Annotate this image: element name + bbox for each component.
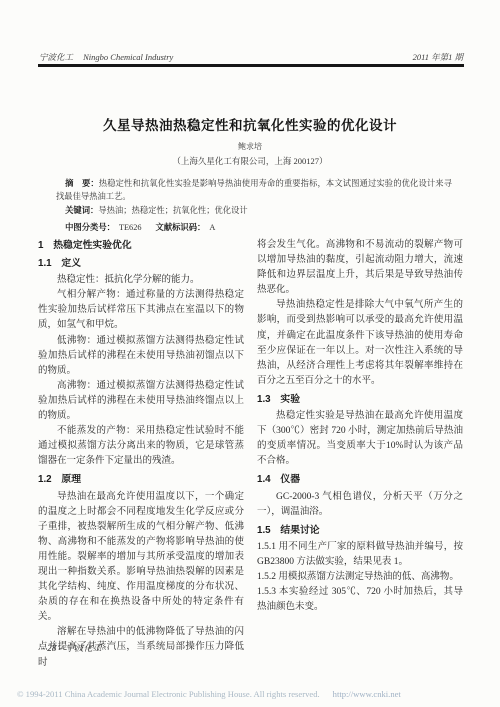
author-name: 鲍求培 (0, 141, 500, 152)
section-1-1-heading: 1.1 定义 (38, 256, 244, 271)
keywords-label: 关键词： (65, 205, 98, 215)
left-column: 1 热稳定性实验优化 1.1 定义 热稳定性：抵抗化学分解的能力。 气相分解产物… (38, 238, 244, 671)
paragraph: 热稳定性：抵抗化学分解的能力。 (38, 273, 244, 288)
section-1-heading: 1 热稳定性实验优化 (38, 238, 244, 253)
paragraph: 低沸物：通过模拟蒸馏方法测得热稳定性试验加热后试样的沸程在未使用导热油初馏点以下… (38, 334, 244, 379)
page-footer: - 28 -宁波化工 (42, 641, 102, 654)
classification-line: 中图分类号：TE626文献标识码：A (56, 221, 452, 235)
cnki-watermark: © 1994-2011 China Academic Journal Elect… (17, 689, 494, 699)
journal-name: 宁波化工 Ningbo Chemical Industry (39, 51, 173, 63)
header-rule (38, 64, 464, 67)
journal-name-cn: 宁波化工 (39, 52, 73, 62)
clc-label: 中图分类号： (65, 222, 115, 232)
copyright-text: © 1994-2011 China Academic Journal Elect… (17, 689, 320, 699)
paragraph: 导热油热稳定性是排除大气中氧气所产生的影响，而受到热影响可以承受的最高允许使用温… (257, 298, 463, 389)
author-affiliation: （上海久星化工有限公司，上海 200127） (0, 155, 500, 167)
keywords-text: 导热油；热稳定性；抗氧化性；优化设计 (98, 206, 247, 215)
numbered-item: 1.5.3 本实验经过 305℃、720 小时加热后，其导热油颜色未变。 (257, 585, 463, 615)
keywords: 关键词：导热油；热稳定性；抗氧化性；优化设计 (56, 204, 452, 218)
abstract-label: 摘 要： (65, 178, 99, 188)
journal-page: 宁波化工 Ningbo Chemical Industry 2011 年第1 期… (0, 0, 500, 707)
journal-name-en: Ningbo Chemical Industry (83, 52, 173, 62)
right-column: 将会发生气化。高沸物和不易流动的裂解产物可以增加导热油的黏度，引起流动阻力增大，… (257, 238, 463, 671)
paragraph-continuation: 将会发生气化。高沸物和不易流动的裂解产物可以增加导热油的黏度，引起流动阻力增大，… (257, 238, 463, 298)
section-1-4-heading: 1.4 仪器 (257, 472, 463, 487)
clc-value: TE626 (119, 223, 142, 232)
issue-info: 2011 年第1 期 (413, 51, 463, 63)
doc-code-value: A (209, 223, 215, 232)
page-number: - 28 - (42, 643, 62, 653)
article-meta: 摘 要：热稳定性和抗氧化性实验是影响导热油使用寿命的重要指标，本文试图通过实验的… (56, 177, 452, 234)
abstract: 摘 要：热稳定性和抗氧化性实验是影响导热油使用寿命的重要指标，本文试图通过实验的… (56, 177, 452, 203)
body-columns: 1 热稳定性实验优化 1.1 定义 热稳定性：抵抗化学分解的能力。 气相分解产物… (38, 238, 463, 671)
paragraph: 不能蒸发的产物：采用热稳定性试验时不能通过模拟蒸馏方法分离出来的物质，它是球管蒸… (38, 424, 244, 469)
running-head: 宁波化工 Ningbo Chemical Industry 2011 年第1 期 (39, 51, 463, 63)
cnki-url: http://www.cnki.net (333, 689, 401, 699)
section-1-5-heading: 1.5 结果讨论 (257, 523, 463, 538)
numbered-item: 1.5.1 用不同生产厂家的原料做导热油并编号，按 GB23800 方法做实验，… (257, 540, 463, 570)
abstract-text: 热稳定性和抗氧化性实验是影响导热油使用寿命的重要指标，本文试图通过实验的优化设计… (56, 179, 452, 201)
paragraph: 气相分解产物：通过称量的方法测得热稳定性实验加热后试样常压下其沸点在室温以下的物… (38, 288, 244, 333)
article-title: 久星导热油热稳定性和抗氧化性实验的优化设计 (0, 114, 500, 134)
section-1-2-heading: 1.2 原理 (38, 472, 244, 487)
paragraph: 导热油在最高允许使用温度以下，一个确定的温度之上时都会不同程度地发生化学反应或分… (38, 490, 244, 626)
paragraph: 高沸物：通过模拟蒸馏方法测得热稳定性试验加热后试样的沸程在未使用导热油终馏点以上… (38, 379, 244, 424)
section-1-3-heading: 1.3 实验 (257, 392, 463, 407)
paragraph: GC-2000-3 气相色谱仪，分析天平（万分之一），调温油浴。 (257, 490, 463, 520)
doc-code-label: 文献标识码： (156, 222, 206, 232)
numbered-item: 1.5.2 用模拟蒸馏方法测定导热油的低、高沸物。 (257, 570, 463, 585)
paragraph: 热稳定性实验是导热油在最高允许使用温度下（300℃）密封 720 小时，测定加热… (257, 409, 463, 469)
footer-journal-name: 宁波化工 (66, 643, 102, 653)
